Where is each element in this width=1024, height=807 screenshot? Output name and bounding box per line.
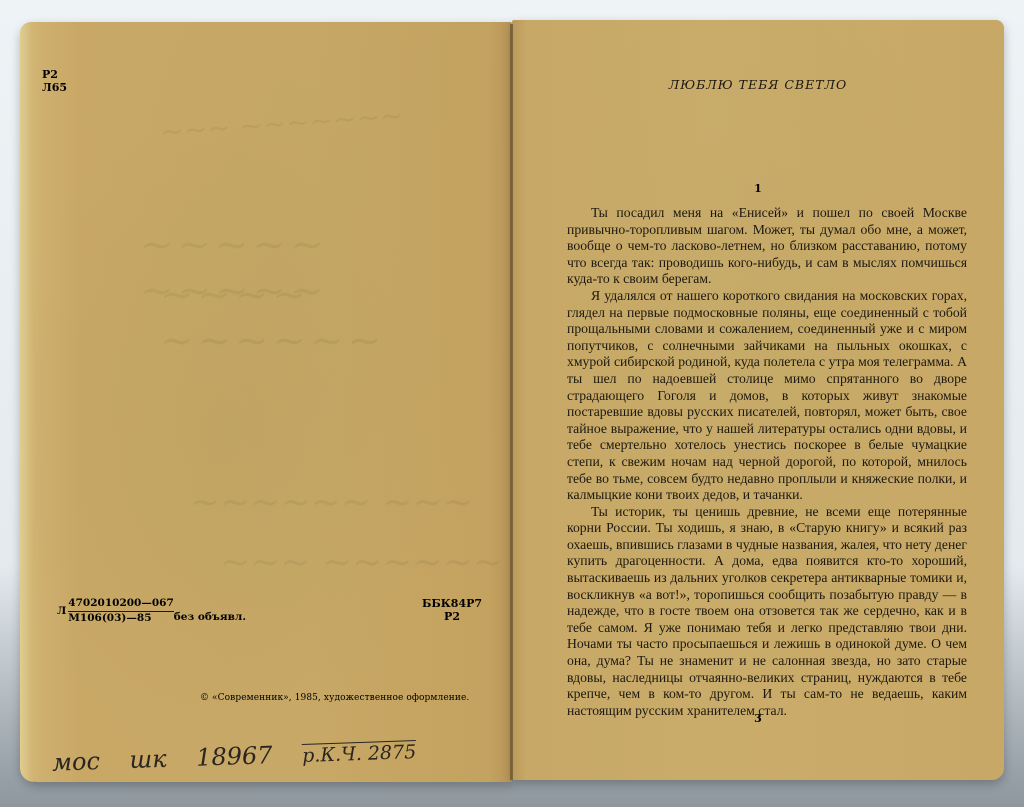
chapter-number: 1 bbox=[512, 182, 1004, 195]
imprint-fraction: 4702010200—067 М106(03)—85 bbox=[68, 597, 173, 625]
publication-imprint: Л 4702010200—067 М106(03)—85 без объявл. bbox=[57, 597, 246, 625]
book-spine bbox=[510, 24, 513, 780]
show-through-mark: ~~~~~ ~~~~~ bbox=[140, 222, 512, 314]
copyright-notice: © «Современник», 1985, художественное оф… bbox=[200, 693, 469, 703]
bbk-line: ББК84Р7 bbox=[422, 597, 482, 610]
bbk-code: ББК84Р7 Р2 bbox=[422, 597, 482, 623]
open-book: ~~~ ~~~~~~~ ~~~~~ ~~~~~ ~~~~ ~~~~~~ ~~~~… bbox=[0, 0, 1024, 807]
show-through-mark: ~~~~~~ ~~~ bbox=[190, 482, 473, 523]
handwritten-word: мос bbox=[52, 747, 101, 777]
handwritten-word: р.К.Ч. 2875 bbox=[302, 741, 417, 767]
paragraph: Ты посадил меня на «Енисей» и пошел по с… bbox=[567, 205, 967, 288]
library-classification-code: Р2 Л65 bbox=[42, 68, 67, 94]
handwritten-word: шк bbox=[129, 745, 167, 774]
show-through-mark: ~~~ ~~~~~~~ bbox=[159, 99, 404, 149]
body-text: Ты посадил меня на «Енисей» и пошел по с… bbox=[567, 205, 967, 719]
page-number: 3 bbox=[512, 712, 1004, 725]
bbk-line: Р2 bbox=[422, 610, 482, 623]
paragraph: Я удалялся от нашего короткого свидания … bbox=[567, 288, 967, 504]
imprint-prefix: Л bbox=[57, 605, 66, 617]
left-page: ~~~ ~~~~~~~ ~~~~~ ~~~~~ ~~~~ ~~~~~~ ~~~~… bbox=[20, 22, 512, 782]
imprint-numerator: 4702010200—067 bbox=[68, 597, 173, 612]
library-code-line: Л65 bbox=[42, 81, 67, 94]
library-code-line: Р2 bbox=[42, 68, 67, 81]
paragraph: Ты историк, ты ценишь древние, не всеми … bbox=[567, 504, 967, 720]
imprint-note: без объявл. bbox=[174, 611, 246, 623]
running-title: ЛЮБЛЮ ТЕБЯ СВЕТЛО bbox=[512, 77, 1004, 92]
show-through-mark: ~~~~ ~~~~~~ bbox=[160, 272, 512, 364]
imprint-denominator: М106(03)—85 bbox=[68, 612, 173, 625]
show-through-mark: ~~~ ~~~~~~ bbox=[220, 542, 503, 583]
handwritten-word: 18967 bbox=[196, 741, 273, 772]
